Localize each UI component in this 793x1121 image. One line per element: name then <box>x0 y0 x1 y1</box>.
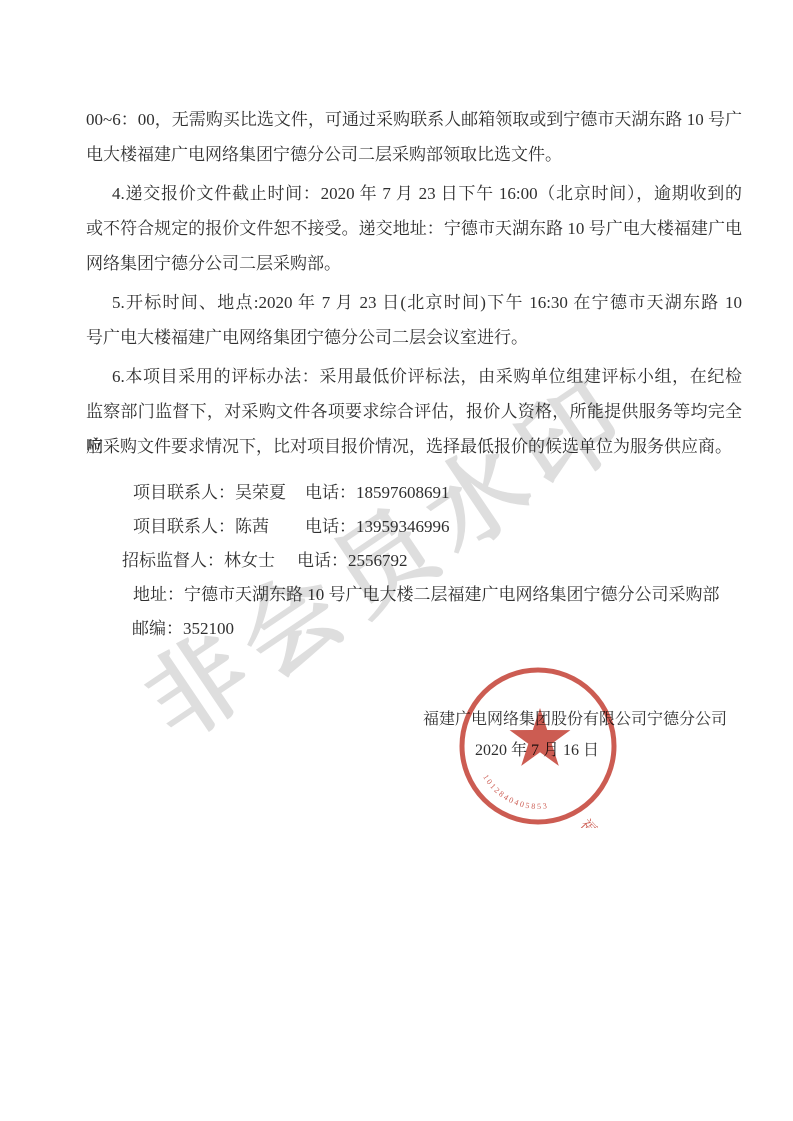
body-line: 5.开标时间、地点:2020 年 7 月 23 日(北京时间)下午 16:30 … <box>86 285 742 320</box>
scanned-document-page: 非会员水印 00~6：00，无需购买比选文件，可通过采购联系人邮箱领取或到宁德市… <box>0 0 793 1121</box>
contact-row: 招标监督人：林女士 电话：2556792 <box>86 544 742 578</box>
contact-row: 项目联系人：陈茜 电话：13959346996 <box>86 510 742 544</box>
body-line: 6.本项目采用的评标办法：采用最低价评标法，由采购单位组建评标小组，在纪检 <box>86 359 742 394</box>
body-line: 电大楼福建广电网络集团宁德分公司二层采购部领取比选文件。 <box>86 137 742 172</box>
postal-code-line: 邮编：352100 <box>86 612 742 646</box>
contact-name-label: 项目联系人：陈茜 <box>133 510 305 544</box>
body-line: 监察部门监督下，对采购文件各项要求综合评估，报价人资格，所能提供服务等均完全响 <box>86 394 742 429</box>
contact-phone-value: 电话：18597608691 <box>305 476 450 510</box>
body-line: 00~6：00，无需购买比选文件，可通过采购联系人邮箱领取或到宁德市天湖东路 1… <box>86 102 742 137</box>
body-line: 4.递交报价文件截止时间：2020 年 7 月 23 日下午 16:00（北京时… <box>86 176 742 211</box>
paragraph-item-5-bid-opening: 5.开标时间、地点:2020 年 7 月 23 日(北京时间)下午 16:30 … <box>86 285 742 355</box>
address-line: 地址：宁德市天湖东路 10 号广电大楼二层福建广电网络集团宁德分公司采购部 <box>86 578 742 612</box>
star-icon <box>510 708 571 766</box>
contact-row: 项目联系人：吴荣夏 电话：18597608691 <box>86 476 742 510</box>
document-body: 00~6：00，无需购买比选文件，可通过采购联系人邮箱领取或到宁德市天湖东路 1… <box>86 102 742 646</box>
contact-name-label: 项目联系人：吴荣夏 <box>133 476 305 510</box>
body-line: 网络集团宁德分公司二层采购部。 <box>86 246 742 281</box>
paragraph-item-6-evaluation-method: 6.本项目采用的评标办法：采用最低价评标法，由采购单位组建评标小组，在纪检 监察… <box>86 359 742 464</box>
body-line: 号广电大楼福建广电网络集团宁德分公司二层会议室进行。 <box>86 320 742 355</box>
contact-phone-value: 电话：13959346996 <box>305 510 450 544</box>
body-line: 或不符合规定的报价文件恕不接受。递交地址：宁德市天湖东路 10 号广电大楼福建广… <box>86 211 742 246</box>
contact-name-label: 招标监督人：林女士 <box>122 544 297 578</box>
official-red-seal: 福建广电网络集团股份有限公司宁德分公司 1012840405853 <box>456 664 620 828</box>
body-line: 应采购文件要求情况下，比对项目报价情况，选择最低报价的候选单位为服务供应商。 <box>86 429 742 464</box>
contact-phone-value: 电话：2556792 <box>297 544 408 578</box>
paragraph-collection-continuation: 00~6：00，无需购买比选文件，可通过采购联系人邮箱领取或到宁德市天湖东路 1… <box>86 102 742 172</box>
paragraph-item-4-deadline: 4.递交报价文件截止时间：2020 年 7 月 23 日下午 16:00（北京时… <box>86 176 742 281</box>
contact-list: 项目联系人：吴荣夏 电话：18597608691 项目联系人：陈茜 电话：139… <box>86 476 742 646</box>
